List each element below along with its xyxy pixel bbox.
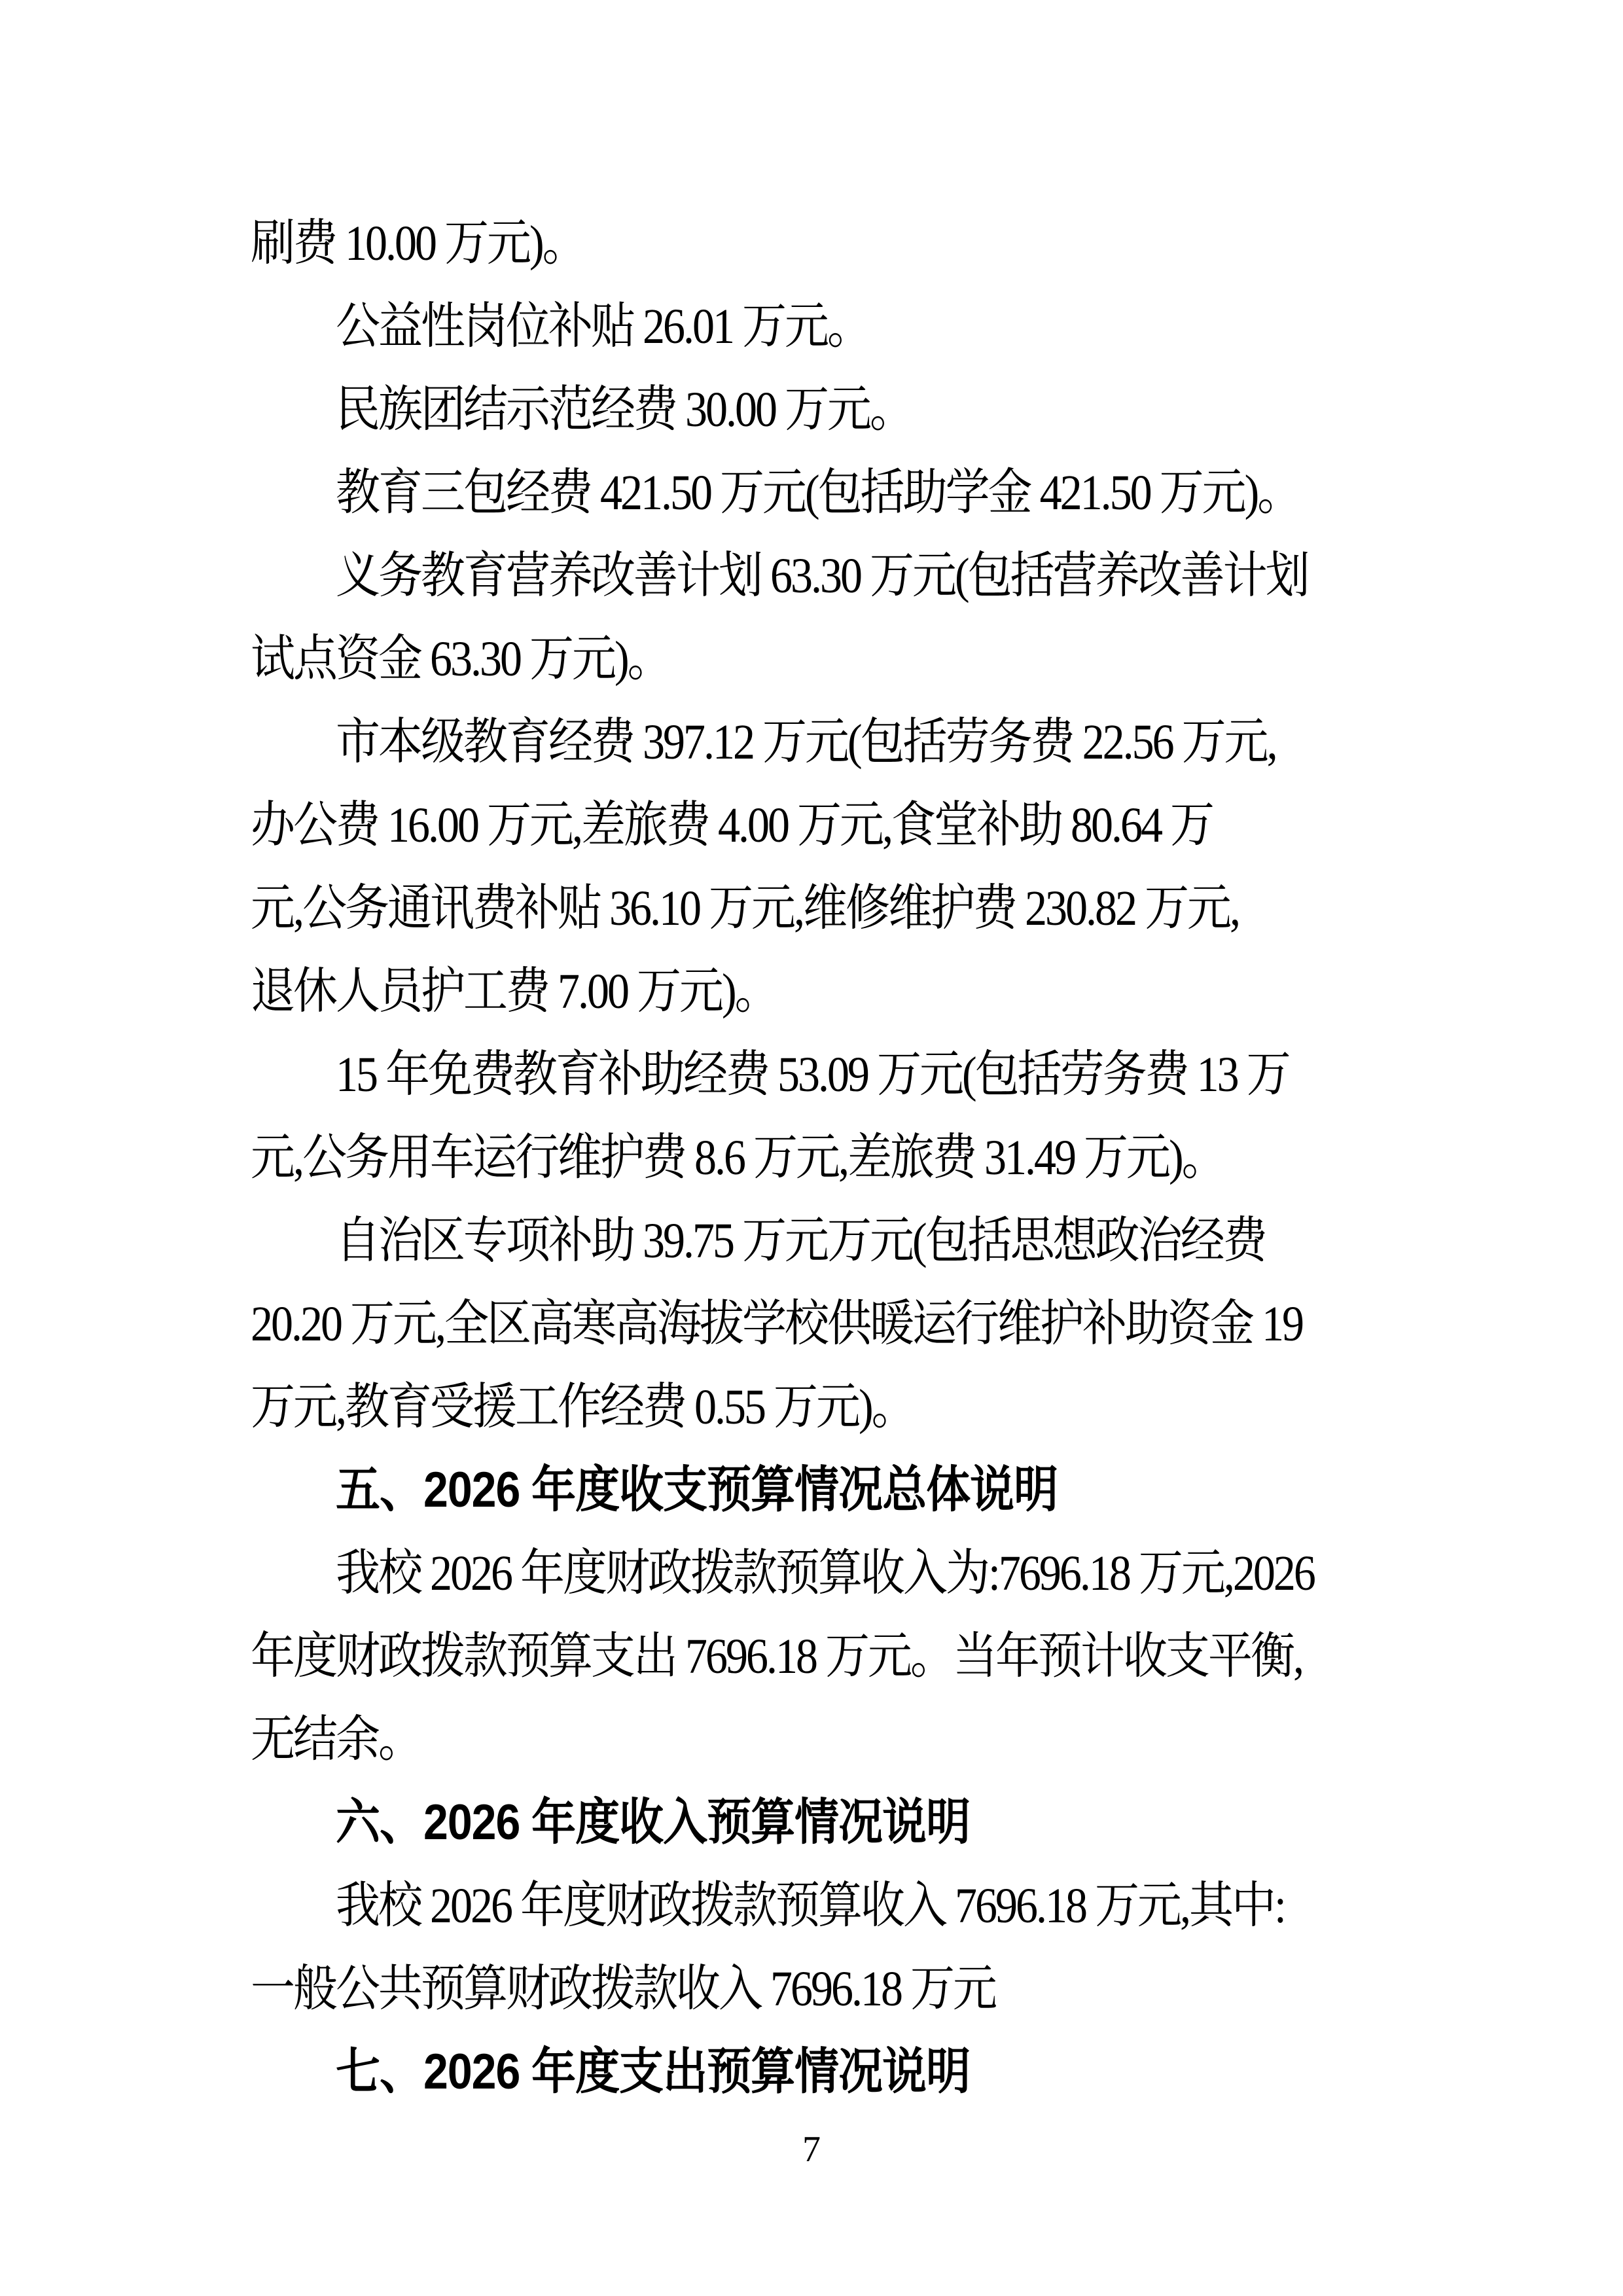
text-line: 自治区专项补助 39.75 万元万元(包括思想政治经费	[251, 1200, 1389, 1283]
line-text: 一般公共预算财政拨款收入 7696.18 万元	[251, 1943, 995, 2036]
line-text: 义务教育营养改善计划 63.30 万元(包括营养改善计划	[336, 529, 1308, 622]
text-line: 万元,教育受援工作经费 0.55 万元)。	[251, 1366, 1389, 1449]
line-text: 民族团结示范经费 30.00 万元。	[336, 363, 912, 456]
heading-line: 五、2026 年度收支预算情况总体说明	[251, 1449, 1389, 1532]
line-text: 六、2026 年度收入预算情况说明	[336, 1776, 970, 1869]
page-number: 7	[0, 2126, 1623, 2173]
text-line: 元,公务通讯费补贴 36.10 万元,维修维护费 230.82 万元,	[251, 867, 1389, 950]
text-line: 一般公共预算财政拨款收入 7696.18 万元	[251, 1948, 1389, 2031]
line-text: 我校 2026 年度财政拨款预算收入为:7696.18 万元,2026	[336, 1527, 1314, 1620]
line-text: 15 年免费教育补助经费 53.09 万元(包括劳务费 13 万	[336, 1028, 1289, 1121]
line-text: 年度财政拨款预算支出 7696.18 万元。当年预计收支平衡,	[251, 1610, 1302, 1703]
line-text: 万元,教育受援工作经费 0.55 万元)。	[251, 1361, 914, 1454]
text-line: 民族团结示范经费 30.00 万元。	[251, 368, 1389, 452]
heading-line: 六、2026 年度收入预算情况说明	[251, 1782, 1389, 1865]
text-line: 20.20 万元,全区高寒高海拔学校供暖运行维护补助资金 19	[251, 1283, 1389, 1366]
text-line: 元,公务用车运行维护费 8.6 万元,差旅费 31.49 万元)。	[251, 1117, 1389, 1200]
line-text: 刷费 10.00 万元)。	[251, 197, 585, 290]
line-text: 元,公务用车运行维护费 8.6 万元,差旅费 31.49 万元)。	[251, 1111, 1224, 1204]
document-page: 刷费 10.00 万元)。公益性岗位补贴 26.01 万元。民族团结示范经费 3…	[0, 0, 1623, 2296]
line-text: 七、2026 年度支出预算情况说明	[336, 2026, 970, 2119]
text-line: 15 年免费教育补助经费 53.09 万元(包括劳务费 13 万	[251, 1033, 1389, 1117]
line-text: 五、2026 年度收支预算情况总体说明	[336, 1444, 1058, 1537]
text-line: 市本级教育经费 397.12 万元(包括劳务费 22.56 万元,	[251, 701, 1389, 784]
line-text: 无结余。	[251, 1693, 421, 1786]
text-line: 试点资金 63.30 万元)。	[251, 618, 1389, 701]
line-text: 退休人员护工费 7.00 万元)。	[251, 945, 777, 1038]
text-line: 年度财政拨款预算支出 7696.18 万元。当年预计收支平衡,	[251, 1615, 1389, 1698]
line-text: 教育三包经费 421.50 万元(包括助学金 421.50 万元)。	[336, 446, 1300, 539]
line-text: 试点资金 63.30 万元)。	[251, 613, 670, 706]
line-text: 元,公务通讯费补贴 36.10 万元,维修维护费 230.82 万元,	[251, 862, 1239, 955]
text-line: 教育三包经费 421.50 万元(包括助学金 421.50 万元)。	[251, 452, 1389, 535]
text-line: 退休人员护工费 7.00 万元)。	[251, 950, 1389, 1033]
text-line: 我校 2026 年度财政拨款预算收入为:7696.18 万元,2026	[251, 1532, 1389, 1615]
heading-line: 七、2026 年度支出预算情况说明	[251, 2031, 1389, 2114]
text-line: 无结余。	[251, 1698, 1389, 1782]
text-line: 办公费 16.00 万元,差旅费 4.00 万元,食堂补助 80.64 万	[251, 784, 1389, 867]
text-line: 刷费 10.00 万元)。	[251, 202, 1389, 285]
text-line: 义务教育营养改善计划 63.30 万元(包括营养改善计划	[251, 535, 1389, 618]
line-text: 自治区专项补助 39.75 万元万元(包括思想政治经费	[336, 1194, 1266, 1287]
text-line: 我校 2026 年度财政拨款预算收入 7696.18 万元,其中:	[251, 1865, 1389, 1948]
line-text: 办公费 16.00 万元,差旅费 4.00 万元,食堂补助 80.64 万	[251, 779, 1213, 872]
line-text: 我校 2026 年度财政拨款预算收入 7696.18 万元,其中:	[336, 1859, 1285, 1952]
line-text: 20.20 万元,全区高寒高海拔学校供暖运行维护补助资金 19	[251, 1278, 1302, 1371]
line-text: 公益性岗位补贴 26.01 万元。	[336, 280, 870, 373]
text-line: 公益性岗位补贴 26.01 万元。	[251, 285, 1389, 368]
text-block: 刷费 10.00 万元)。公益性岗位补贴 26.01 万元。民族团结示范经费 3…	[251, 202, 1389, 2114]
line-text: 市本级教育经费 397.12 万元(包括劳务费 22.56 万元,	[336, 696, 1276, 789]
